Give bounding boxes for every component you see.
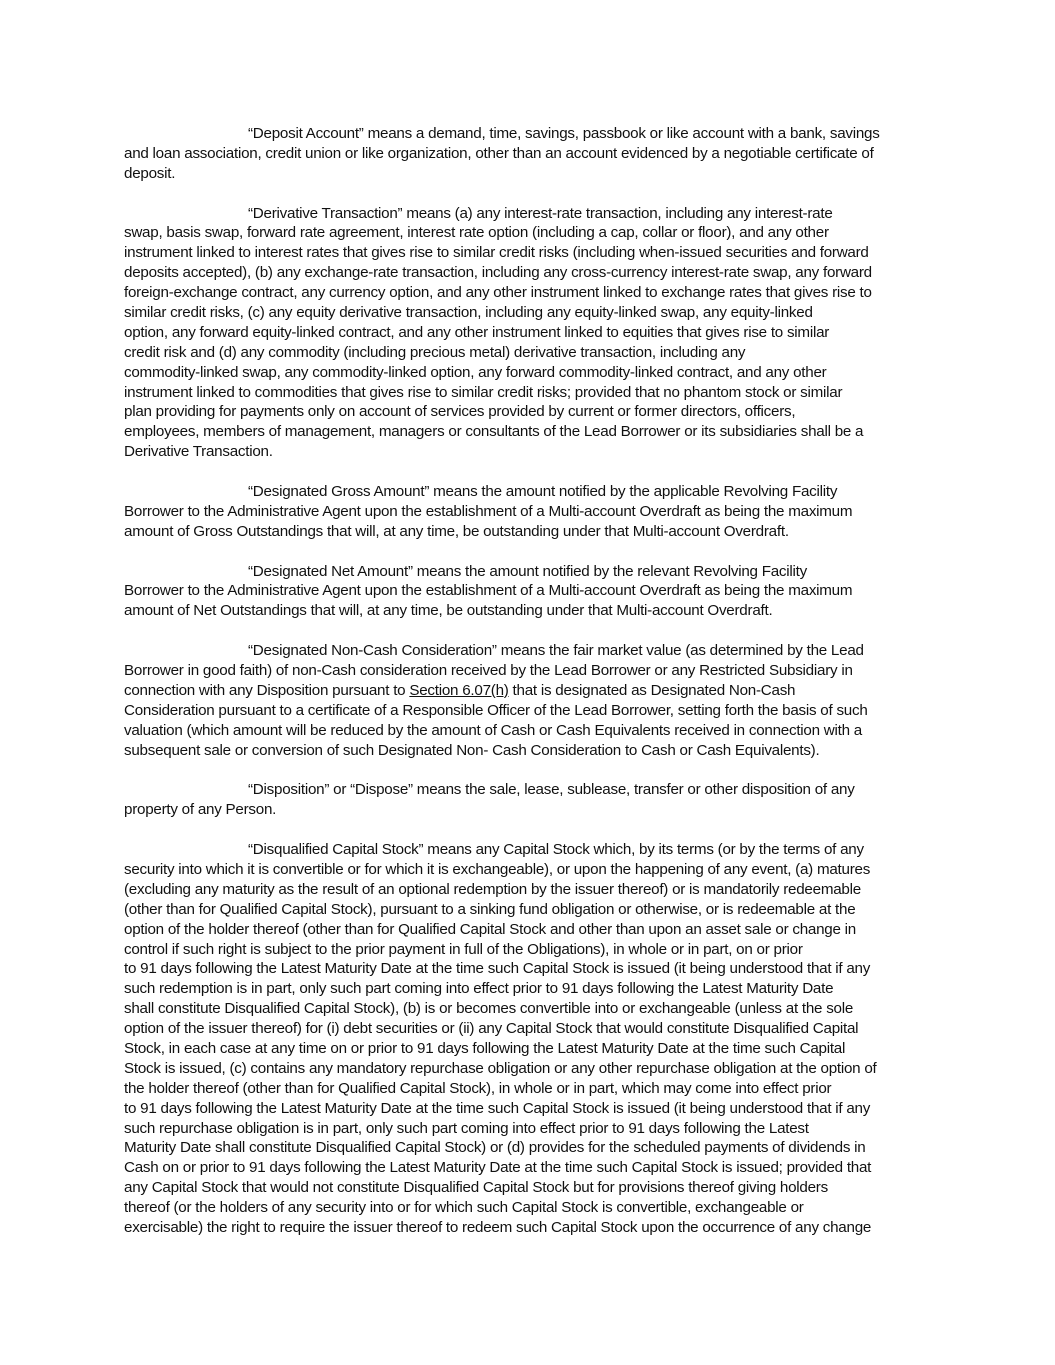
text-line: means (a) any interest-rate transaction,…: [402, 205, 832, 222]
text-line: the holder thereof (other than for Quali…: [124, 1079, 936, 1099]
text-line: Borrower to the Administrative Agent upo…: [124, 502, 936, 522]
document-page: “Deposit Account” means a demand, time, …: [0, 0, 1055, 1365]
text-line: deposits accepted), (b) any exchange-rat…: [124, 263, 936, 283]
text-line: option of the holder thereof (other than…: [124, 920, 936, 940]
text-line: amount of Net Outstandings that will, at…: [124, 601, 936, 621]
text-line: instrument linked to interest rates that…: [124, 243, 936, 263]
text-line: Cash on or prior to 91 days following th…: [124, 1158, 936, 1178]
definition-designated-net-amount: “Designated Net Amount” means the amount…: [124, 562, 936, 622]
text-line: means the amount notified by the applica…: [429, 483, 837, 500]
text-line: (other than for Qualified Capital Stock)…: [124, 900, 936, 920]
defined-term: “Designated Net Amount”: [248, 563, 413, 580]
text-line: similar credit risks, (c) any equity der…: [124, 303, 936, 323]
text-line: option, any forward equity-linked contra…: [124, 323, 936, 343]
text-line: means a demand, time, savings, passbook …: [364, 125, 880, 142]
definition-first-line: “Designated Net Amount” means the amount…: [124, 562, 936, 582]
text-line: Consideration pursuant to a certificate …: [124, 701, 936, 721]
section-6-07-h-link[interactable]: Section 6.07(h): [409, 682, 508, 699]
text-line: such redemption is in part, only such pa…: [124, 979, 936, 999]
text-line-with-xref: connection with any Disposition pursuant…: [124, 681, 936, 701]
definition-derivative-transaction: “Derivative Transaction” means (a) any i…: [124, 204, 936, 463]
text-line: any Capital Stock that would not constit…: [124, 1178, 936, 1198]
defined-term: “Disposition” or “Dispose”: [248, 781, 413, 798]
text-line: shall constitute Disqualified Capital St…: [124, 999, 936, 1019]
text-line: and loan association, credit union or li…: [124, 144, 936, 164]
definition-first-line: “Derivative Transaction” means (a) any i…: [124, 204, 936, 224]
text-line: Maturity Date shall constitute Disqualif…: [124, 1138, 936, 1158]
text-line: subsequent sale or conversion of such De…: [124, 741, 936, 761]
text-line: instrument linked to commodities that gi…: [124, 383, 936, 403]
text-line: option of the issuer thereof) for (i) de…: [124, 1019, 936, 1039]
definition-first-line: “Disqualified Capital Stock” means any C…: [124, 840, 936, 860]
text-line: Borrower in good faith) of non-Cash cons…: [124, 661, 936, 681]
definition-first-line: “Disposition” or “Dispose” means the sal…: [124, 780, 936, 800]
text-line: security into which it is convertible or…: [124, 860, 936, 880]
defined-term: “Deposit Account”: [248, 125, 364, 142]
text-line: property of any Person.: [124, 800, 936, 820]
defined-term: “Designated Gross Amount”: [248, 483, 429, 500]
document-body: “Deposit Account” means a demand, time, …: [124, 124, 936, 1258]
text-line: means the sale, lease, sublease, transfe…: [413, 781, 855, 798]
text-line: credit risk and (d) any commodity (inclu…: [124, 343, 936, 363]
definition-designated-gross-amount: “Designated Gross Amount” means the amou…: [124, 482, 936, 542]
defined-term: “Disqualified Capital Stock”: [248, 841, 423, 858]
text-line: plan providing for payments only on acco…: [124, 402, 936, 422]
text-line: control if such right is subject to the …: [124, 940, 936, 960]
text-line: thereof (or the holders of any security …: [124, 1198, 936, 1218]
defined-term: “Derivative Transaction”: [248, 205, 402, 222]
text-line: means any Capital Stock which, by its te…: [423, 841, 864, 858]
text-fragment: connection with any Disposition pursuant…: [124, 682, 409, 699]
definition-first-line: “Designated Gross Amount” means the amou…: [124, 482, 936, 502]
definition-first-line: “Deposit Account” means a demand, time, …: [124, 124, 936, 144]
text-line: Stock is issued, (c) contains any mandat…: [124, 1059, 936, 1079]
text-line: foreign-exchange contract, any currency …: [124, 283, 936, 303]
text-line: means the fair market value (as determin…: [497, 642, 864, 659]
text-line: swap, basis swap, forward rate agreement…: [124, 223, 936, 243]
definition-disposition: “Disposition” or “Dispose” means the sal…: [124, 780, 936, 820]
definition-designated-non-cash-consideration: “Designated Non-Cash Consideration” mean…: [124, 641, 936, 760]
definition-first-line: “Designated Non-Cash Consideration” mean…: [124, 641, 936, 661]
text-line: Borrower to the Administrative Agent upo…: [124, 581, 936, 601]
text-line: (excluding any maturity as the result of…: [124, 880, 936, 900]
text-line: Stock, in each case at any time on or pr…: [124, 1039, 936, 1059]
definition-deposit-account: “Deposit Account” means a demand, time, …: [124, 124, 936, 184]
text-line: such repurchase obligation is in part, o…: [124, 1119, 936, 1139]
text-line: deposit.: [124, 164, 936, 184]
text-line: Derivative Transaction.: [124, 442, 936, 462]
text-fragment: that is designated as Designated Non-Cas…: [509, 682, 796, 699]
defined-term: “Designated Non-Cash Consideration”: [248, 642, 497, 659]
text-line: commodity-linked swap, any commodity-lin…: [124, 363, 936, 383]
text-line: valuation (which amount will be reduced …: [124, 721, 936, 741]
definition-disqualified-capital-stock: “Disqualified Capital Stock” means any C…: [124, 840, 936, 1238]
text-line: exercisable) the right to require the is…: [124, 1218, 936, 1238]
text-line: employees, members of management, manage…: [124, 422, 936, 442]
text-line: amount of Gross Outstandings that will, …: [124, 522, 936, 542]
text-line: to 91 days following the Latest Maturity…: [124, 959, 936, 979]
text-line: to 91 days following the Latest Maturity…: [124, 1099, 936, 1119]
text-line: means the amount notified by the relevan…: [413, 563, 807, 580]
